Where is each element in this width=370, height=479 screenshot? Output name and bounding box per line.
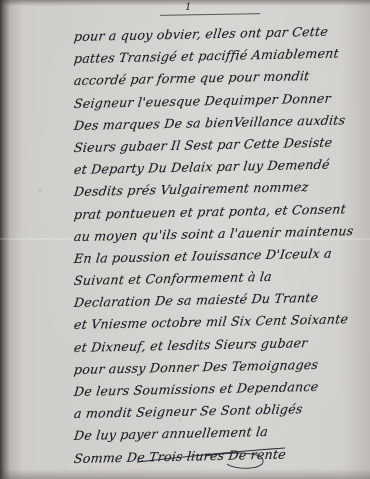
page-number: 1 (185, 2, 191, 13)
page-number-underline (160, 13, 260, 16)
manuscript-page: 1 pour a quoy obvier, elles ont par Cett… (0, 0, 370, 479)
closing-flourish-icon (135, 440, 300, 470)
handwritten-text-body: pour a quoy obvier, elles ont par Cette … (74, 26, 366, 470)
